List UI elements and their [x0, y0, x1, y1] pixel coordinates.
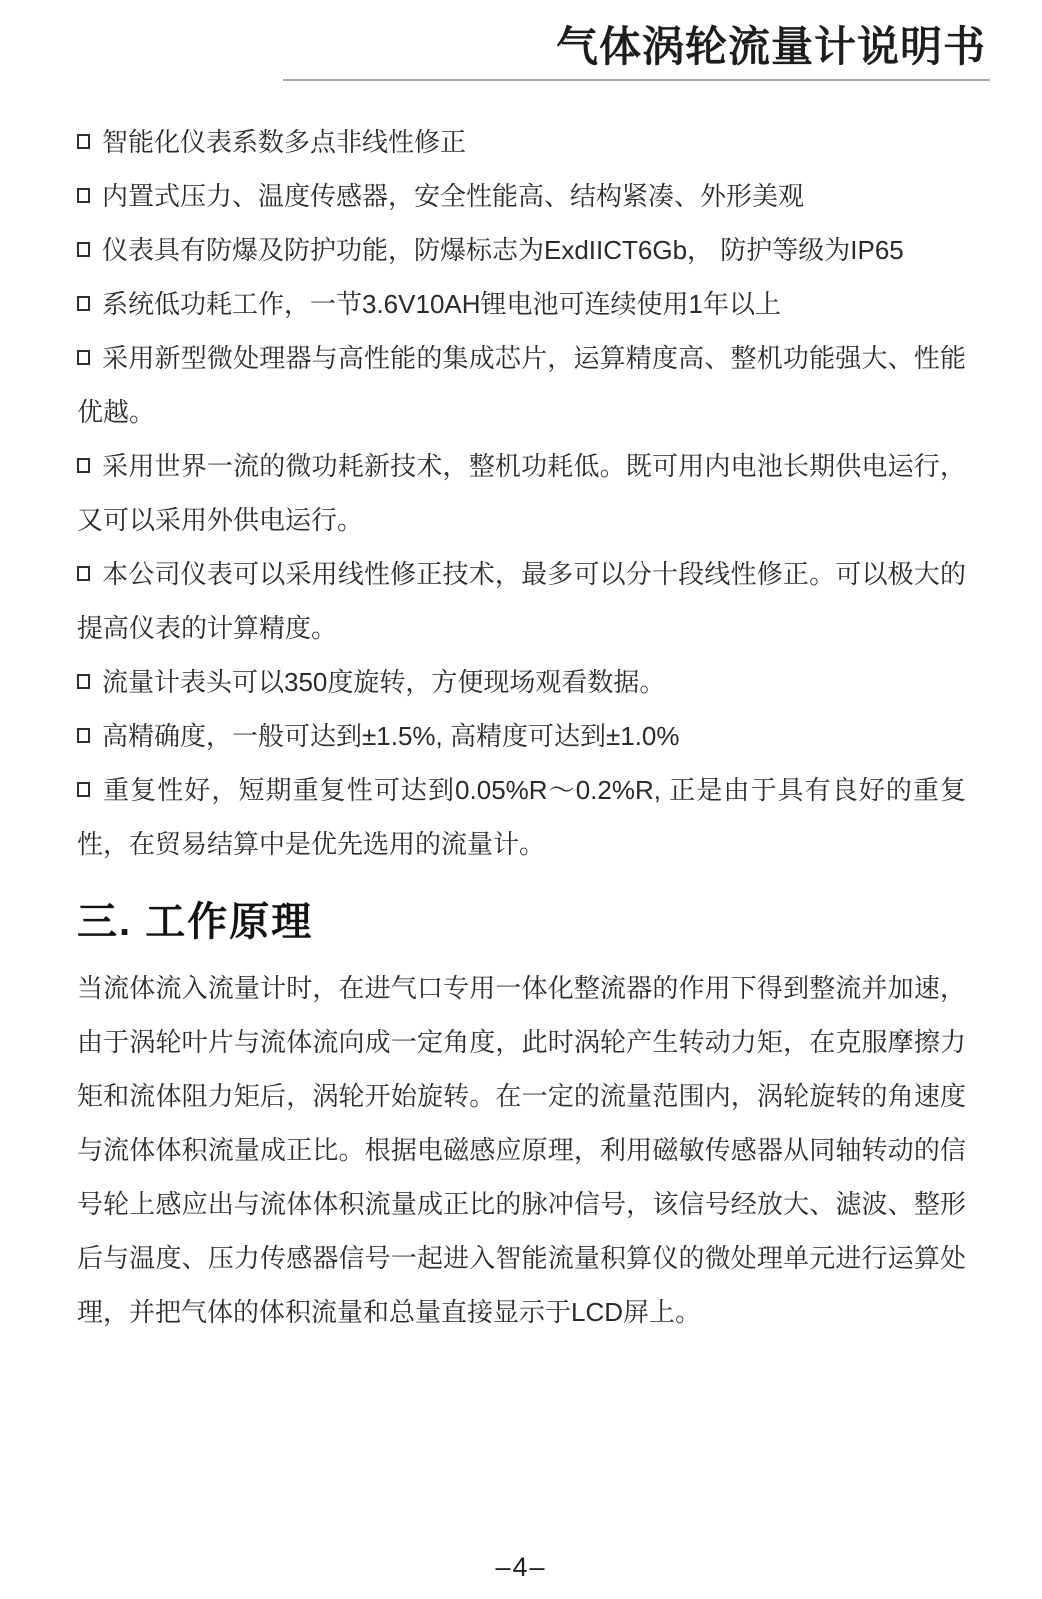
section-heading: 三. 工作原理: [77, 893, 966, 951]
feature-text: 内置式压力、温度传感器，安全性能高、结构紧凑、外形美观: [102, 181, 804, 211]
square-bullet-icon: [77, 674, 90, 689]
feature-text: 采用世界一流的微功耗新技术，整机功耗低。既可用内电池长期供电运行，又可以采用外供…: [77, 451, 966, 535]
feature-item: 仪表具有防爆及防护功能，防爆标志为ExdIICT6Gb， 防护等级为IP65: [77, 223, 966, 277]
feature-item: 采用新型微处理器与高性能的集成芯片，运算精度高、整机功能强大、性能优越。: [77, 331, 966, 439]
feature-text: 采用新型微处理器与高性能的集成芯片，运算精度高、整机功能强大、性能优越。: [77, 343, 966, 427]
feature-item: 智能化仪表系数多点非线性修正: [77, 115, 966, 169]
square-bullet-icon: [77, 242, 90, 257]
square-bullet-icon: [77, 188, 90, 203]
page-content: 智能化仪表系数多点非线性修正 内置式压力、温度传感器，安全性能高、结构紧凑、外形…: [0, 115, 1042, 1339]
square-bullet-icon: [77, 782, 90, 797]
square-bullet-icon: [77, 566, 90, 581]
page-header: 气体涡轮流量计说明书: [0, 0, 1042, 81]
feature-item: 流量计表头可以350度旋转，方便现场观看数据。: [77, 655, 966, 709]
section-body: 当流体流入流量计时，在进气口专用一体化整流器的作用下得到整流并加速，由于涡轮叶片…: [77, 961, 966, 1339]
header-divider: [283, 79, 990, 81]
feature-text: 本公司仪表可以采用线性修正技术，最多可以分十段线性修正。可以极大的提高仪表的计算…: [77, 559, 966, 643]
square-bullet-icon: [77, 296, 90, 311]
square-bullet-icon: [77, 728, 90, 743]
feature-item: 采用世界一流的微功耗新技术，整机功耗低。既可用内电池长期供电运行，又可以采用外供…: [77, 439, 966, 547]
feature-item: 系统低功耗工作，一节3.6V10AH锂电池可连续使用1年以上: [77, 277, 966, 331]
feature-text: 高精确度，一般可达到±1.5%, 高精度可达到±1.0%: [102, 721, 680, 751]
feature-list: 智能化仪表系数多点非线性修正 内置式压力、温度传感器，安全性能高、结构紧凑、外形…: [77, 115, 966, 871]
page-number: –4–: [0, 1552, 1042, 1583]
square-bullet-icon: [77, 134, 90, 149]
feature-text: 重复性好，短期重复性可达到0.05%R～0.2%R, 正是由于具有良好的重复性，…: [77, 775, 966, 859]
feature-text: 智能化仪表系数多点非线性修正: [102, 127, 466, 157]
feature-item: 高精确度，一般可达到±1.5%, 高精度可达到±1.0%: [77, 709, 966, 763]
feature-text: 流量计表头可以350度旋转，方便现场观看数据。: [102, 667, 665, 697]
square-bullet-icon: [77, 350, 90, 365]
square-bullet-icon: [77, 458, 90, 473]
feature-item: 重复性好，短期重复性可达到0.05%R～0.2%R, 正是由于具有良好的重复性，…: [77, 763, 966, 871]
feature-item: 内置式压力、温度传感器，安全性能高、结构紧凑、外形美观: [77, 169, 966, 223]
feature-text: 仪表具有防爆及防护功能，防爆标志为ExdIICT6Gb， 防护等级为IP65: [102, 235, 904, 265]
feature-text: 系统低功耗工作，一节3.6V10AH锂电池可连续使用1年以上: [102, 289, 781, 319]
feature-item: 本公司仪表可以采用线性修正技术，最多可以分十段线性修正。可以极大的提高仪表的计算…: [77, 547, 966, 655]
page-title: 气体涡轮流量计说明书: [0, 22, 1042, 72]
